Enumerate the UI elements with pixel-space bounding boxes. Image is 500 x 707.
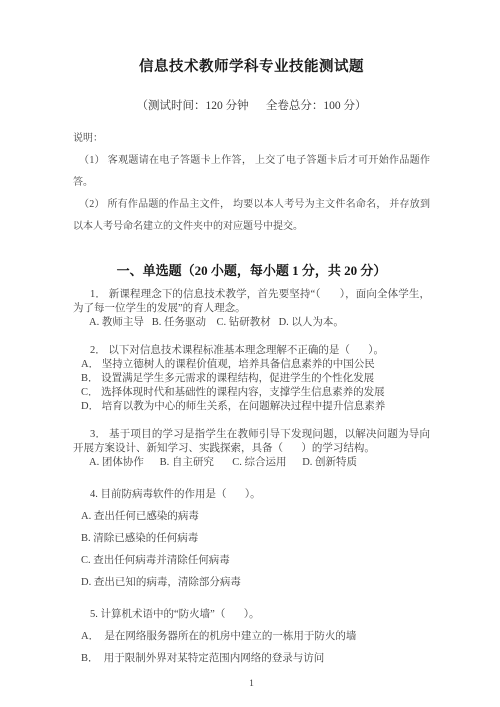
question-3-stem: 3． 基于项目的学习是指学生在教师引导下发现问题，以解决问题为导向开展方案设计、… bbox=[73, 428, 430, 456]
question-5-stem: 5. 计算机术语中的“防火墙”（ ）。 bbox=[73, 608, 430, 622]
document-subtitle: （测试时间：120 分钟 全卷总分：100 分） bbox=[73, 99, 430, 114]
notes-label: 说明： bbox=[73, 128, 430, 150]
section-heading: 一、单选题（20 小题，每小题 1 分，共 20 分） bbox=[73, 262, 430, 280]
question-5-option-b: B． 用于限制外界对某特定范围内网络的登录与访问 bbox=[73, 652, 430, 666]
question-2: 2． 以下对信息技术课程标准基本理念理解不正确的是（ ）。 A． 坚持立德树人的… bbox=[73, 344, 430, 414]
question-2-option-a: A． 坚持立德树人的课程价值观，培养具备信息素养的中国公民 bbox=[73, 358, 430, 372]
page-number: 1 bbox=[73, 678, 430, 691]
question-5-option-a: A． 是在网络服务器所在的机房中建立的一栋用于防火的墙 bbox=[73, 630, 430, 644]
question-2-option-d: D． 培育以教为中心的师生关系，在问题解决过程中提升信息素养 bbox=[73, 400, 430, 414]
question-2-option-c: C． 选择体现时代和基础性的课程内容，支撑学生信息素养的发展 bbox=[73, 386, 430, 400]
question-4-option-b: B. 清除已感染的任何病毒 bbox=[73, 532, 430, 546]
question-1: 1． 新课程理念下的信息技术教学，首先要坚持“（ ），面向全体学生，为了每一位学… bbox=[73, 288, 430, 330]
question-4-option-c: C. 查出任何病毒并清除任何病毒 bbox=[73, 554, 430, 568]
note-item-2: （2） 所有作品题的作品主文件， 均要以本人考号为主文件名命名， 并存放到以本人… bbox=[73, 194, 430, 238]
question-4-stem: 4. 目前防病毒软件的作用是（ ）。 bbox=[73, 488, 430, 502]
document-page: 信息技术教师学科专业技能测试题 （测试时间：120 分钟 全卷总分：100 分）… bbox=[0, 0, 500, 707]
question-2-option-b: B． 设置满足学生多元需求的课程结构，促进学生的个性化发展 bbox=[73, 372, 430, 386]
question-4-option-a: A. 查出任何已感染的病毒 bbox=[73, 510, 430, 524]
question-4: 4. 目前防病毒软件的作用是（ ）。 A. 查出任何已感染的病毒 B. 清除已感… bbox=[73, 488, 430, 590]
note-item-1: （1） 客观题请在电子答题卡上作答， 上交了电子答题卡后才可开始作品题作答。 bbox=[73, 150, 430, 194]
question-1-options: A. 教师主导 B. 任务驱动 C. 钻研教材 D. 以人为本。 bbox=[73, 316, 430, 330]
question-4-option-d: D. 查出已知的病毒，清除部分病毒 bbox=[73, 576, 430, 590]
question-1-stem: 1． 新课程理念下的信息技术教学，首先要坚持“（ ），面向全体学生，为了每一位学… bbox=[73, 288, 430, 316]
question-2-stem: 2． 以下对信息技术课程标准基本理念理解不正确的是（ ）。 bbox=[73, 344, 430, 358]
document-title: 信息技术教师学科专业技能测试题 bbox=[73, 57, 430, 77]
notes-section: 说明： （1） 客观题请在电子答题卡上作答， 上交了电子答题卡后才可开始作品题作… bbox=[73, 128, 430, 238]
question-3: 3． 基于项目的学习是指学生在教师引导下发现问题，以解决问题为导向开展方案设计、… bbox=[73, 428, 430, 470]
question-5: 5. 计算机术语中的“防火墙”（ ）。 A． 是在网络服务器所在的机房中建立的一… bbox=[73, 608, 430, 666]
question-3-options: A. 团体协作 B. 自主研究 C. 综合运用 D. 创新特质 bbox=[73, 456, 430, 470]
